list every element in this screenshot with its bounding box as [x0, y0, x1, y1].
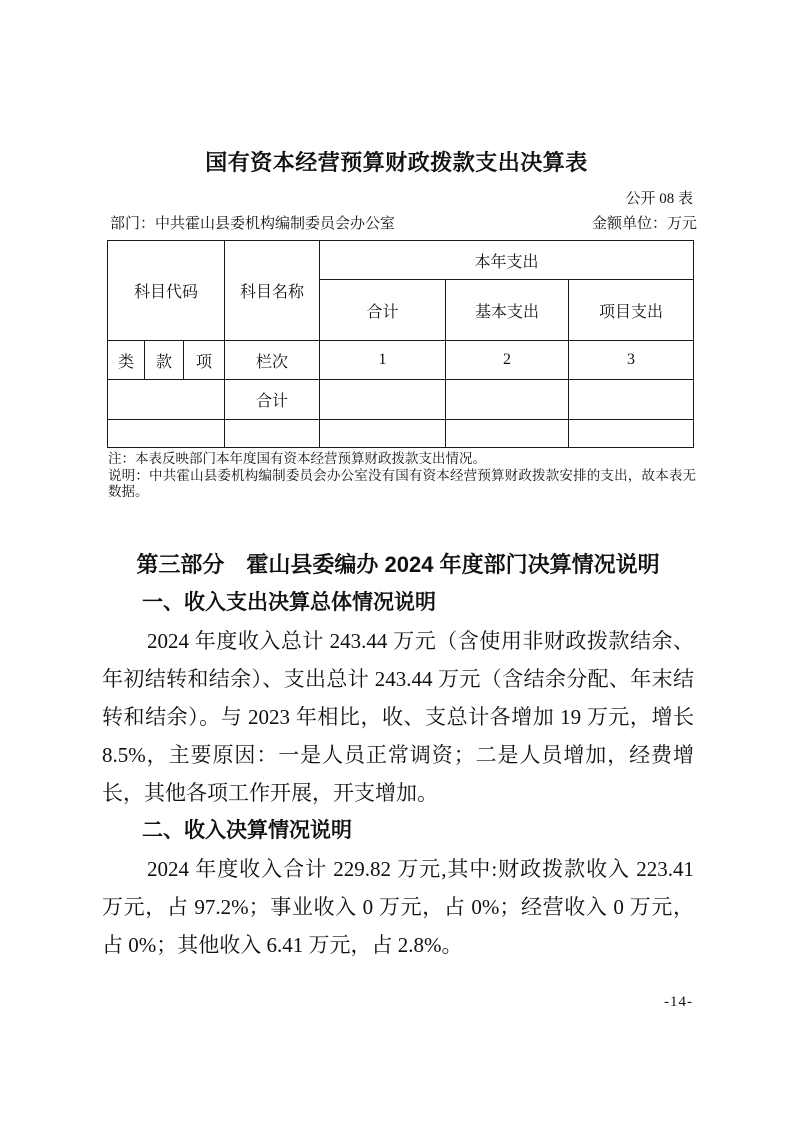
cell-code — [108, 380, 225, 420]
table-explanation: 说明：中共霍山县委机构编制委员会办公室没有国有资本经营预算财政拨款安排的支出，故… — [108, 468, 696, 501]
header-code-class: 类 — [108, 341, 145, 380]
header-code-item: 项 — [184, 341, 225, 380]
table-column-index-row: 类 款 项 栏次 1 2 3 — [108, 341, 694, 380]
table-row-total: 合计 — [108, 380, 694, 420]
table-row-empty — [108, 420, 694, 448]
document-title: 国有资本经营预算财政拨款支出决算表 — [0, 146, 793, 177]
header-project-expenditure: 项目支出 — [569, 280, 694, 341]
subsection-2-heading: 二、收入决算情况说明 — [102, 812, 694, 850]
column-number-3: 3 — [569, 341, 694, 380]
header-year-expenditure: 本年支出 — [320, 241, 694, 280]
header-subject-code: 科目代码 — [108, 241, 225, 341]
page-number: -14- — [664, 994, 693, 1011]
cell-total — [320, 380, 446, 420]
table-notes: 注：本表反映部门本年度国有资本经营预算财政拨款支出情况。 说明：中共霍山县委机构… — [108, 451, 696, 501]
table-header-row-1: 科目代码 科目名称 本年支出 — [108, 241, 694, 280]
column-number-1: 1 — [320, 341, 446, 380]
subsection-1-heading: 一、收入支出决算总体情况说明 — [102, 584, 694, 622]
cell-total — [320, 420, 446, 448]
header-code-section: 款 — [145, 341, 184, 380]
table-meta-row: 部门：中共霍山县委机构编制委员会办公室 金额单位：万元 — [110, 212, 697, 233]
cell-basic — [446, 420, 569, 448]
paragraph-1: 2024 年度收入总计 243.44 万元（含使用非财政拨款结余、年初结转和结余… — [102, 622, 694, 812]
cell-basic — [446, 380, 569, 420]
document-page: 国有资本经营预算财政拨款支出决算表 公开 08 表 部门：中共霍山县委机构编制委… — [0, 0, 793, 1122]
column-number-2: 2 — [446, 341, 569, 380]
unit-label: 金额单位：万元 — [592, 212, 697, 233]
header-basic-expenditure: 基本支出 — [446, 280, 569, 341]
header-subject-name: 科目名称 — [225, 241, 320, 341]
header-total: 合计 — [320, 280, 446, 341]
narrative-section-1: 第三部分 霍山县委编办 2024 年度部门决算情况说明 一、收入支出决算总体情况… — [102, 546, 694, 812]
cell-name: 合计 — [225, 380, 320, 420]
department-label: 部门：中共霍山县委机构编制委员会办公室 — [110, 212, 395, 233]
cell-project — [569, 420, 694, 448]
narrative-section-2: 二、收入决算情况说明 2024 年度收入合计 229.82 万元,其中:财政拨款… — [102, 812, 694, 964]
section-heading: 第三部分 霍山县委编办 2024 年度部门决算情况说明 — [102, 546, 694, 584]
header-column-label: 栏次 — [225, 341, 320, 380]
table-code-label: 公开 08 表 — [625, 187, 693, 208]
paragraph-2: 2024 年度收入合计 229.82 万元,其中:财政拨款收入 223.41 万… — [102, 850, 694, 964]
cell-code — [108, 420, 225, 448]
table-note: 注：本表反映部门本年度国有资本经营预算财政拨款支出情况。 — [108, 451, 696, 468]
expenditure-table: 科目代码 科目名称 本年支出 合计 基本支出 项目支出 类 款 项 栏次 1 2… — [107, 240, 694, 448]
cell-project — [569, 380, 694, 420]
cell-name — [225, 420, 320, 448]
